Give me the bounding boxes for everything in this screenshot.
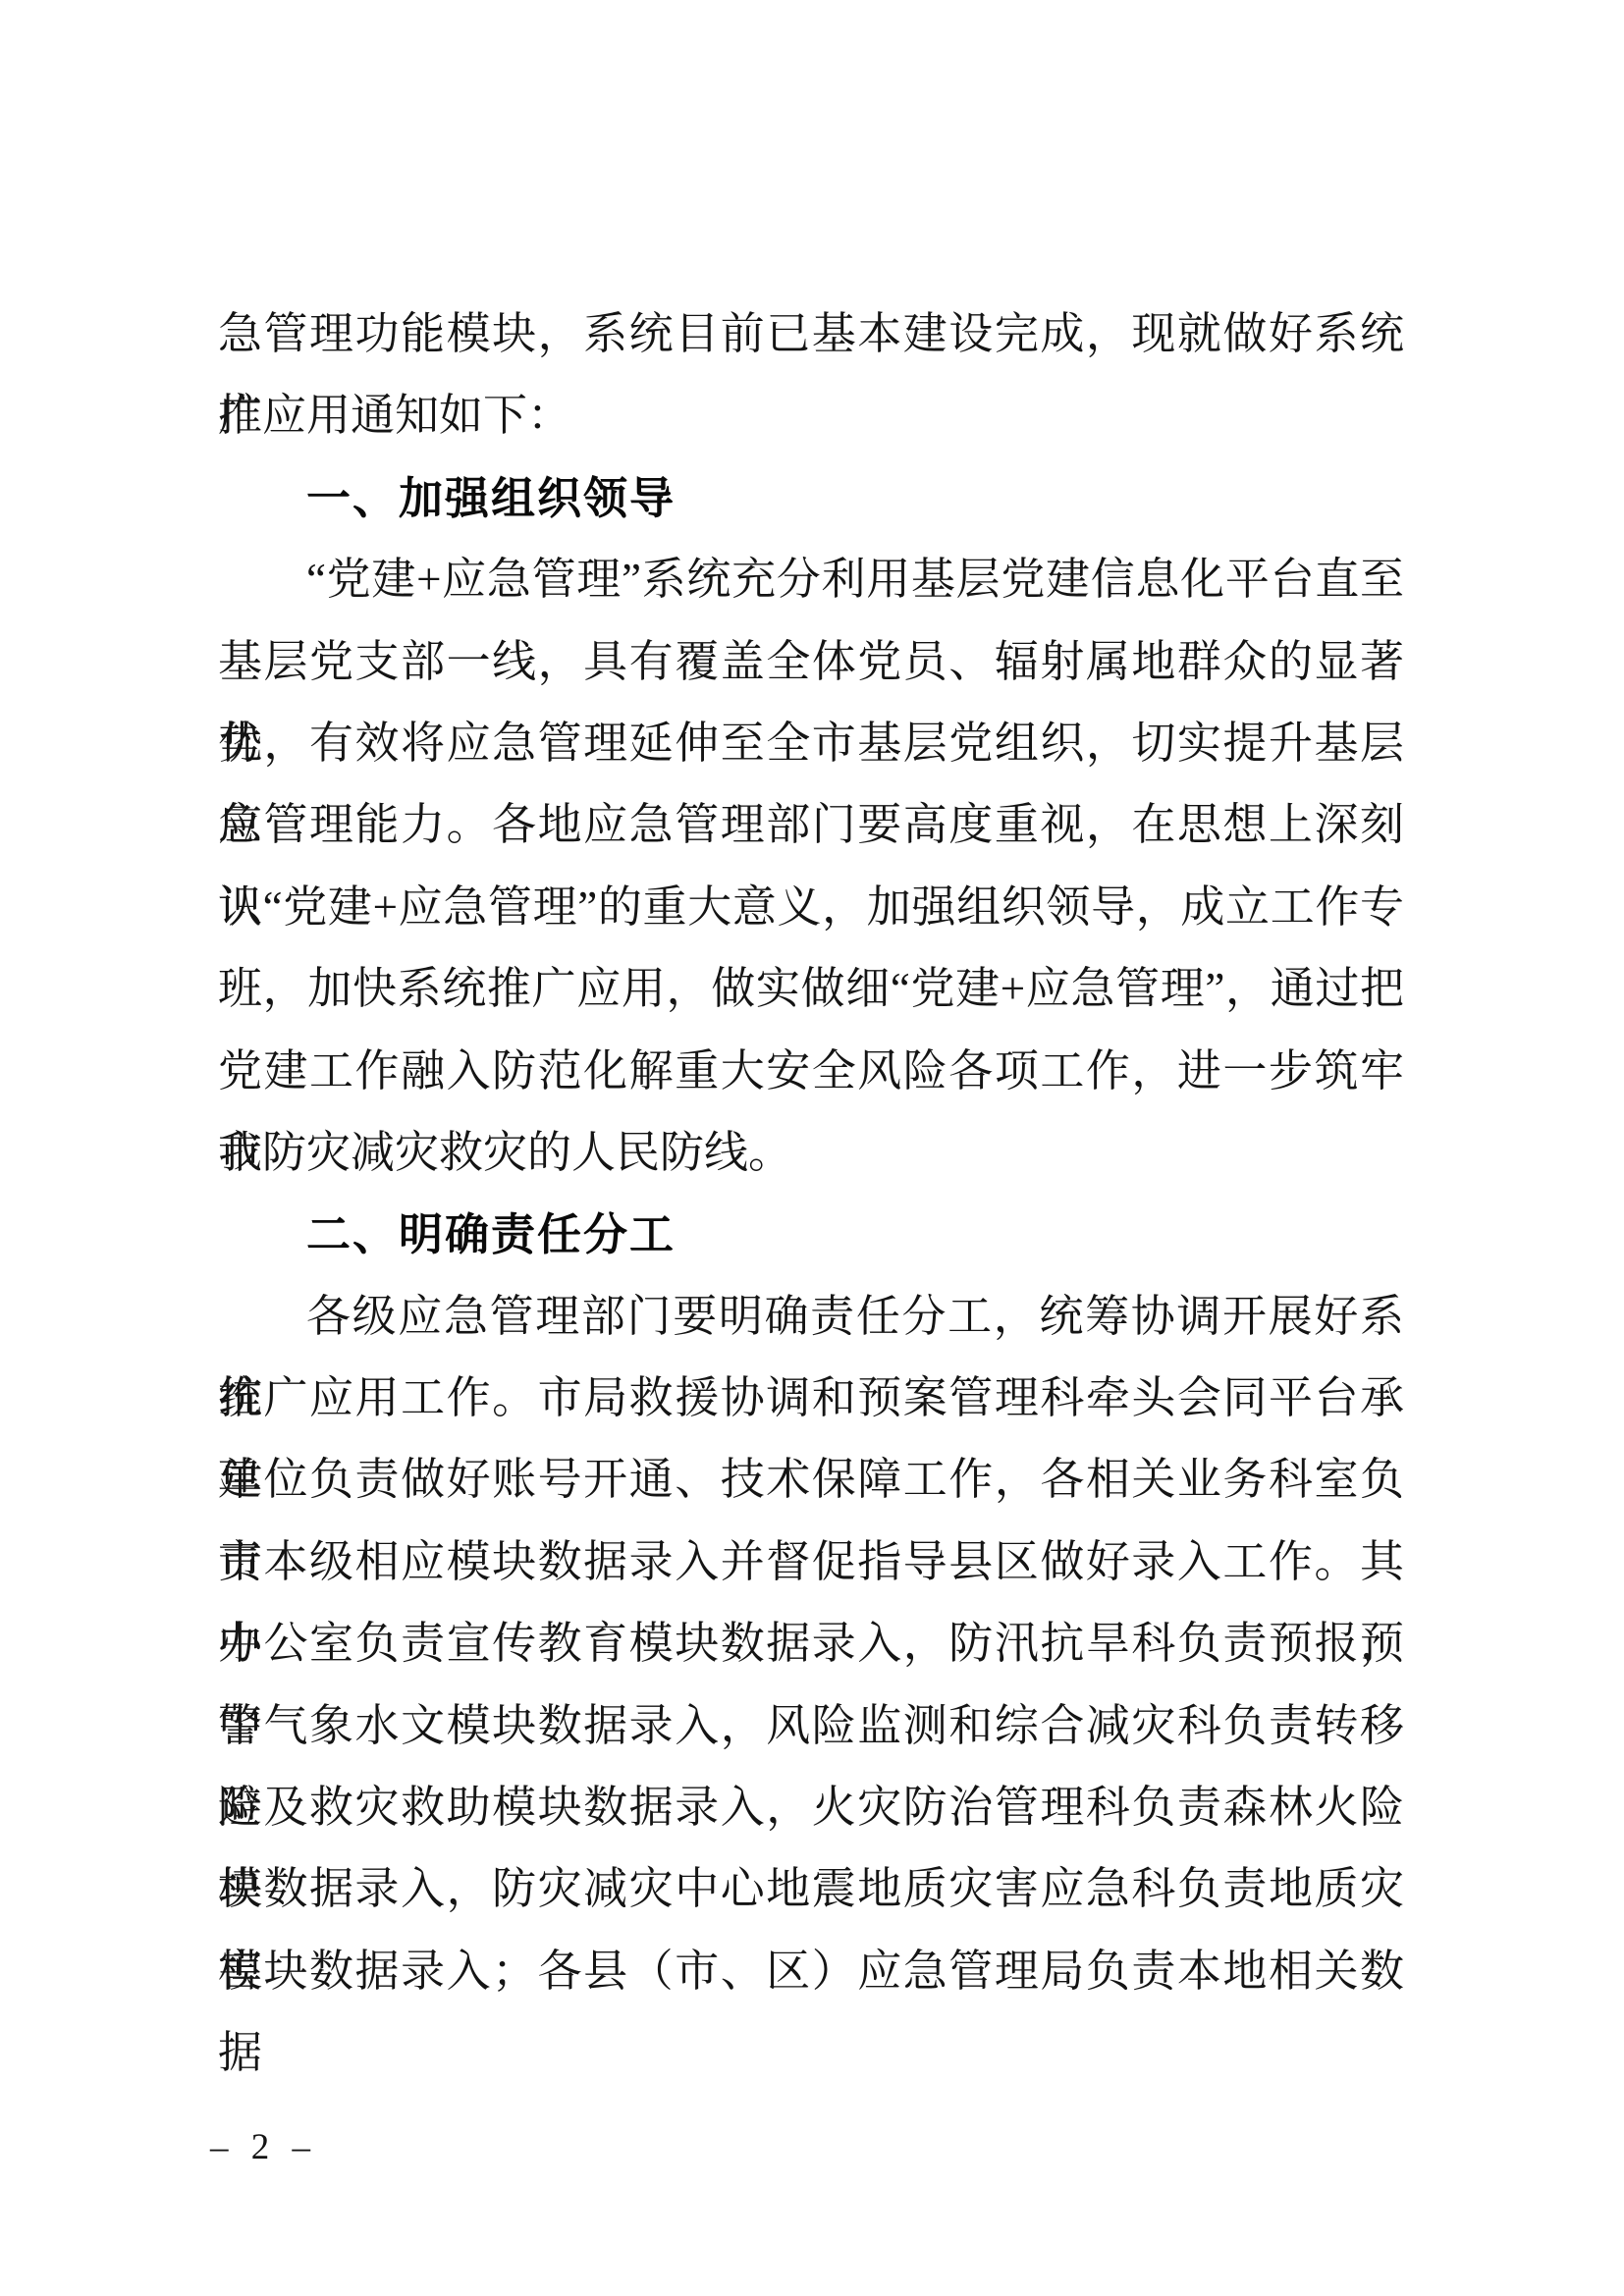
body-line: 单位负责做好账号开通、技术保障工作，各相关业务科室负责 xyxy=(218,1439,1404,1521)
body-line: 党建工作融入防范化解重大安全风险各项工作，进一步筑牢我 xyxy=(218,1031,1404,1112)
body-line: 块数据录入，防灾减灾中心地震地质灾害应急科负责地质灾害 xyxy=(218,1848,1404,1930)
body-line: “党建+应急管理”系统充分利用基层党建信息化平台直至 xyxy=(218,539,1404,620)
body-line: 势，有效将应急管理延伸至全市基层党组织，切实提升基层应 xyxy=(218,703,1404,784)
body-line: 推广应用工作。市局救援协调和预案管理科牵头会同平台承建 xyxy=(218,1358,1404,1439)
body-line: 险及救灾救助模块数据录入，火灾防治管理科负责森林火险模 xyxy=(218,1767,1404,1848)
body-line: 班，加快系统推广应用，做实做细“党建+应急管理”，通过把 xyxy=(218,948,1404,1030)
section-heading-1: 一、加强组织领导 xyxy=(218,457,1404,539)
body-line: 办公室负责宣传教育模块数据录入，防汛抗旱科负责预报预警 xyxy=(218,1603,1404,1684)
body-line: 市本级相应模块数据录入并督促指导县区做好录入工作。其中， xyxy=(218,1522,1404,1603)
body-line: 中气象水文模块数据录入，风险监测和综合减灾科负责转移避 xyxy=(218,1685,1404,1767)
body-line: 各级应急管理部门要明确责任分工，统筹协调开展好系统 xyxy=(218,1276,1404,1358)
body-line: 急管理能力。各地应急管理部门要高度重视，在思想上深刻认 xyxy=(218,784,1404,866)
body-line: 基层党支部一线，具有覆盖全体党员、辐射属地群众的显著优 xyxy=(218,621,1404,703)
body-line: 急管理功能模块，系统目前已基本建设完成，现就做好系统推 xyxy=(218,294,1404,375)
section-heading-2: 二、明确责任分工 xyxy=(218,1194,1404,1275)
page-number: – 2 – xyxy=(210,2126,317,2168)
document-page: 急管理功能模块，系统目前已基本建设完成，现就做好系统推 广应用通知如下： 一、加… xyxy=(0,0,1624,2296)
document-body: 急管理功能模块，系统目前已基本建设完成，现就做好系统推 广应用通知如下： 一、加… xyxy=(218,294,1404,2012)
body-line: 市防灾减灾救灾的人民防线。 xyxy=(218,1112,1404,1194)
body-line: 识“党建+应急管理”的重大意义，加强组织领导，成立工作专 xyxy=(218,867,1404,948)
body-line: 模块数据录入；各县（市、区）应急管理局负责本地相关数据 xyxy=(218,1931,1404,2012)
body-line: 广应用通知如下： xyxy=(218,375,1404,456)
